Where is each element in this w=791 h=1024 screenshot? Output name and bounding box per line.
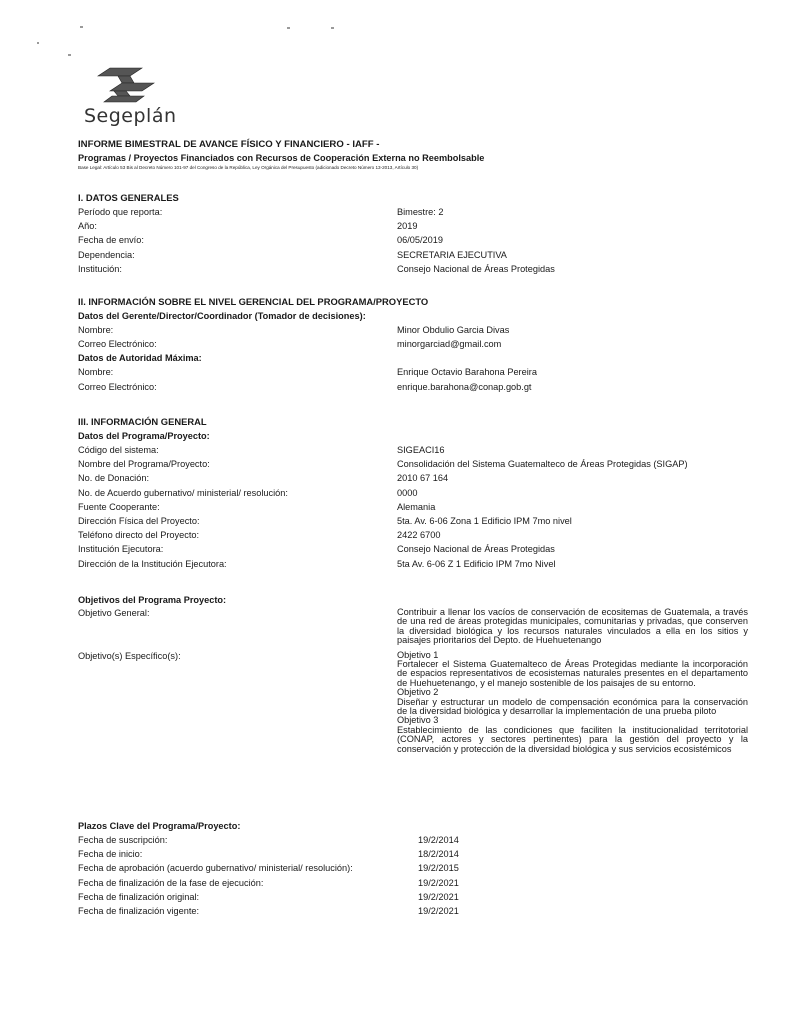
field-label: No. de Acuerdo gubernativo/ ministerial/… bbox=[78, 486, 397, 500]
field-row: Fecha de inicio:18/2/2014 bbox=[78, 847, 748, 861]
field-value: 18/2/2014 bbox=[418, 847, 748, 861]
scan-speck bbox=[37, 42, 39, 44]
subsection-title: Datos del Programa/Proyecto: bbox=[78, 429, 748, 443]
field-row: Correo Electrónico:minorgarciad@gmail.co… bbox=[78, 337, 748, 351]
subsection-title: Datos del Gerente/Director/Coordinador (… bbox=[78, 309, 748, 323]
field-label: Nombre: bbox=[78, 365, 397, 379]
field-label: Fecha de finalización vigente: bbox=[78, 904, 418, 918]
specific-objectives-list: Objetivo 1 Fortalecer el Sistema Guatema… bbox=[397, 651, 748, 754]
field-value: Consolidación del Sistema Guatemalteco d… bbox=[397, 457, 748, 471]
field-label: Fecha de finalización original: bbox=[78, 890, 418, 904]
field-label: Período que reporta: bbox=[78, 205, 397, 219]
field-value: 5ta Av. 6-06 Z 1 Edificio IPM 7mo Nivel bbox=[397, 557, 748, 571]
field-value: 19/2/2021 bbox=[418, 876, 748, 890]
field-value: Minor Obdulio Garcia Divas bbox=[397, 323, 748, 337]
field-label: Dirección Física del Proyecto: bbox=[78, 514, 397, 528]
field-row: Período que reporta:Bimestre: 2 bbox=[78, 205, 748, 219]
field-value: 5ta. Av. 6-06 Zona 1 Edificio IPM 7mo ni… bbox=[397, 514, 748, 528]
logo-wordmark: Segeplán bbox=[84, 105, 177, 127]
field-row: Nombre:Enrique Octavio Barahona Pereira bbox=[78, 365, 748, 379]
field-label: Institución Ejecutora: bbox=[78, 542, 397, 556]
field-row: Fecha de finalización de la fase de ejec… bbox=[78, 876, 748, 890]
field-value: 2010 67 164 bbox=[397, 471, 748, 485]
field-label: Año: bbox=[78, 219, 397, 233]
field-value: enrique.barahona@conap.gob.gt bbox=[397, 380, 748, 394]
report-subtitle: Programas / Proyectos Financiados con Re… bbox=[78, 153, 484, 163]
segeplan-logo-icon bbox=[92, 66, 160, 104]
segeplan-logo: Segeplán bbox=[84, 66, 194, 128]
field-label: No. de Donación: bbox=[78, 471, 397, 485]
field-row: Dirección Física del Proyecto:5ta. Av. 6… bbox=[78, 514, 748, 528]
field-row: No. de Acuerdo gubernativo/ ministerial/… bbox=[78, 486, 748, 500]
field-value: minorgarciad@gmail.com bbox=[397, 337, 748, 351]
field-value: 19/2/2015 bbox=[418, 861, 748, 875]
field-value: 2422 6700 bbox=[397, 528, 748, 542]
field-label: Nombre del Programa/Proyecto: bbox=[78, 457, 397, 471]
field-label: Fecha de aprobación (acuerdo gubernativo… bbox=[78, 861, 418, 875]
field-row: Año:2019 bbox=[78, 219, 748, 233]
field-label: Objetivo General: bbox=[78, 608, 397, 646]
general-objective-text: Contribuir a llenar los vacíos de conser… bbox=[397, 608, 748, 646]
subsection-title: Objetivos del Programa Proyecto: bbox=[78, 593, 748, 607]
field-value: 19/2/2021 bbox=[418, 904, 748, 918]
field-value: 06/05/2019 bbox=[397, 233, 748, 247]
subsection-title: Plazos Clave del Programa/Proyecto: bbox=[78, 819, 748, 833]
objectives-block: Objetivos del Programa Proyecto: Objetiv… bbox=[78, 593, 748, 754]
field-value: 2019 bbox=[397, 219, 748, 233]
field-row: Nombre del Programa/Proyecto:Consolidaci… bbox=[78, 457, 748, 471]
field-row: Fecha de envío:06/05/2019 bbox=[78, 233, 748, 247]
section-title: II. INFORMACIÓN SOBRE EL NIVEL GERENCIAL… bbox=[78, 295, 748, 309]
field-row: Correo Electrónico:enrique.barahona@cona… bbox=[78, 380, 748, 394]
field-label: Nombre: bbox=[78, 323, 397, 337]
field-value: 19/2/2021 bbox=[418, 890, 748, 904]
field-value: Alemania bbox=[397, 500, 748, 514]
field-label: Fecha de suscripción: bbox=[78, 833, 418, 847]
field-row: Fecha de finalización original:19/2/2021 bbox=[78, 890, 748, 904]
section-informacion-general: III. INFORMACIÓN GENERAL Datos del Progr… bbox=[78, 415, 748, 571]
section-datos-generales: I. DATOS GENERALES Período que reporta:B… bbox=[78, 191, 748, 276]
field-value: Bimestre: 2 bbox=[397, 205, 748, 219]
field-label: Correo Electrónico: bbox=[78, 380, 397, 394]
objective-text: Diseñar y estructurar un modelo de compe… bbox=[397, 698, 748, 717]
field-label: Fecha de envío: bbox=[78, 233, 397, 247]
field-row: Dependencia:SECRETARIA EJECUTIVA bbox=[78, 248, 748, 262]
field-row: Fuente Cooperante:Alemania bbox=[78, 500, 748, 514]
scan-speck bbox=[287, 27, 290, 29]
field-label: Dependencia: bbox=[78, 248, 397, 262]
field-row: Institución:Consejo Nacional de Áreas Pr… bbox=[78, 262, 748, 276]
field-row: No. de Donación:2010 67 164 bbox=[78, 471, 748, 485]
legal-basis: Base Legal: Artículo 53 Bis al Decreto N… bbox=[78, 165, 418, 170]
plazos-block: Plazos Clave del Programa/Proyecto: Fech… bbox=[78, 819, 748, 918]
field-value: 19/2/2014 bbox=[418, 833, 748, 847]
field-value: SIGEACI16 bbox=[397, 443, 748, 457]
scan-speck bbox=[80, 26, 83, 28]
objective-text: Establecimiento de las condiciones que f… bbox=[397, 726, 748, 754]
field-row: Fecha de finalización vigente:19/2/2021 bbox=[78, 904, 748, 918]
field-label: Fuente Cooperante: bbox=[78, 500, 397, 514]
field-value: 0000 bbox=[397, 486, 748, 500]
section-title: I. DATOS GENERALES bbox=[78, 191, 748, 205]
section-nivel-gerencial: II. INFORMACIÓN SOBRE EL NIVEL GERENCIAL… bbox=[78, 295, 748, 394]
general-objective-row: Objetivo General: Contribuir a llenar lo… bbox=[78, 608, 748, 646]
field-label: Teléfono directo del Proyecto: bbox=[78, 528, 397, 542]
field-row: Fecha de suscripción:19/2/2014 bbox=[78, 833, 748, 847]
field-label: Institución: bbox=[78, 262, 397, 276]
subsection-title: Datos de Autoridad Máxima: bbox=[78, 351, 748, 365]
field-label: Fecha de finalización de la fase de ejec… bbox=[78, 876, 418, 890]
field-label: Objetivo(s) Específico(s): bbox=[78, 651, 397, 754]
field-label: Dirección de la Institución Ejecutora: bbox=[78, 557, 397, 571]
field-row: Nombre:Minor Obdulio Garcia Divas bbox=[78, 323, 748, 337]
field-row: Fecha de aprobación (acuerdo gubernativo… bbox=[78, 861, 748, 875]
field-value: Consejo Nacional de Áreas Protegidas bbox=[397, 542, 748, 556]
field-row: Código del sistema:SIGEACI16 bbox=[78, 443, 748, 457]
field-row: Institución Ejecutora:Consejo Nacional d… bbox=[78, 542, 748, 556]
field-label: Fecha de inicio: bbox=[78, 847, 418, 861]
field-row: Dirección de la Institución Ejecutora:5t… bbox=[78, 557, 748, 571]
specific-objectives-row: Objetivo(s) Específico(s): Objetivo 1 Fo… bbox=[78, 651, 748, 754]
field-value: SECRETARIA EJECUTIVA bbox=[397, 248, 748, 262]
field-row: Teléfono directo del Proyecto:2422 6700 bbox=[78, 528, 748, 542]
field-value: Consejo Nacional de Áreas Protegidas bbox=[397, 262, 748, 276]
scan-speck bbox=[68, 54, 71, 56]
report-title: INFORME BIMESTRAL DE AVANCE FÍSICO Y FIN… bbox=[78, 139, 380, 150]
field-label: Correo Electrónico: bbox=[78, 337, 397, 351]
field-value: Enrique Octavio Barahona Pereira bbox=[397, 365, 748, 379]
section-title: III. INFORMACIÓN GENERAL bbox=[78, 415, 748, 429]
objective-text: Fortalecer el Sistema Guatemalteco de Ár… bbox=[397, 660, 748, 688]
field-label: Código del sistema: bbox=[78, 443, 397, 457]
scan-speck bbox=[331, 27, 334, 29]
